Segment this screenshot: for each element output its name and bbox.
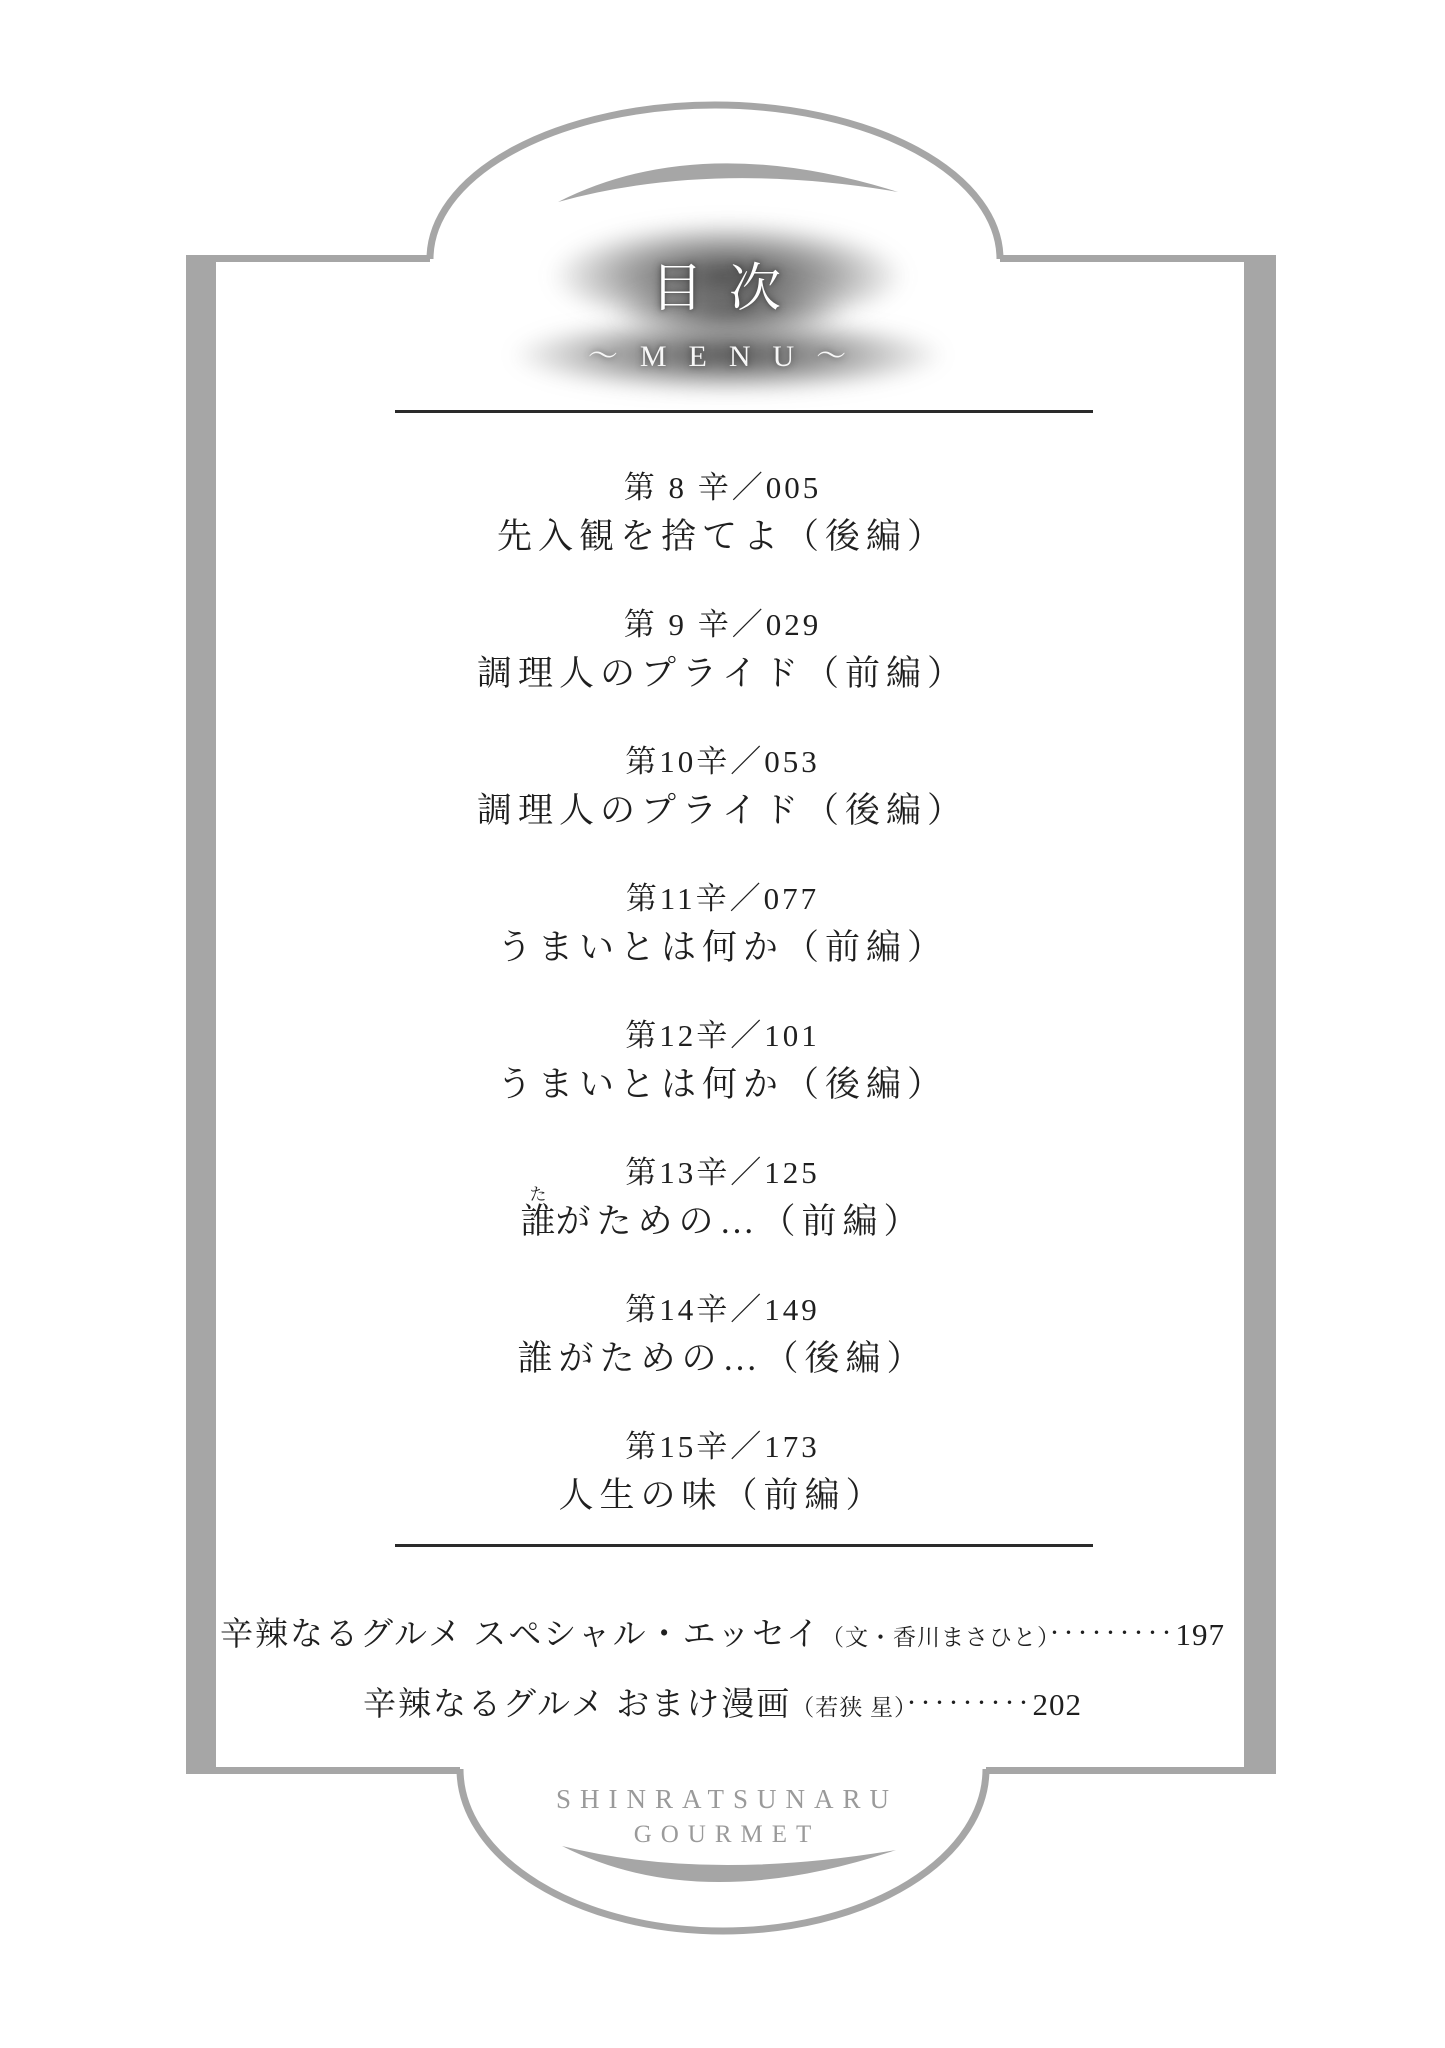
bottom-swoosh bbox=[562, 1846, 896, 1882]
top-swoosh bbox=[558, 163, 898, 202]
chapter-title-text: 調理人のプライド（後編） bbox=[477, 791, 968, 830]
extra-credit: （若狭 星） bbox=[791, 1695, 906, 1720]
extra-page-number: 197 bbox=[1175, 1617, 1225, 1652]
page-subtitle: ～MENU～ bbox=[0, 331, 1445, 375]
frame-bottom-line-right bbox=[986, 1767, 1276, 1774]
toc-entry-ch8: 第 8 辛／005 先入観を捨てよ（後編） bbox=[0, 470, 1445, 557]
chapter-title: た誰がための…（前編） bbox=[0, 1202, 1445, 1242]
bottom-divider-rule bbox=[395, 1544, 1093, 1547]
chapter-title-text: うまいとは何か（前編） bbox=[497, 928, 948, 967]
chapter-number: 第 9 辛／029 bbox=[0, 607, 1445, 643]
series-wordmark-line2: GOURMET bbox=[0, 1821, 1445, 1849]
chapter-title-text: 人生の味（前編） bbox=[558, 1476, 886, 1515]
ruby-base: た誰 bbox=[520, 1202, 555, 1242]
chapter-title: うまいとは何か（後編） bbox=[0, 1065, 1445, 1105]
chapter-title: 調理人のプライド（後編） bbox=[0, 791, 1445, 831]
toc-entry-ch15: 第15辛／173 人生の味（前編） bbox=[0, 1429, 1445, 1516]
toc-entry-ch9: 第 9 辛／029 調理人のプライド（前編） bbox=[0, 607, 1445, 694]
toc-entry-bonus-manga: 辛辣なるグルメ おまけ漫画（若狭 星）·········202 bbox=[0, 1678, 1445, 1725]
toc-entry-ch14: 第14辛／149 誰がための…（後編） bbox=[0, 1292, 1445, 1379]
chapter-number: 第14辛／149 bbox=[0, 1292, 1445, 1328]
chapter-title: 先入観を捨てよ（後編） bbox=[0, 517, 1445, 557]
chapter-title-text: がための…（前編） bbox=[556, 1202, 925, 1241]
chapter-title-text: 先入観を捨てよ（後編） bbox=[497, 517, 948, 556]
ruby-reading: た bbox=[529, 1185, 546, 1205]
chapter-title: 人生の味（前編） bbox=[0, 1476, 1445, 1516]
chapter-number: 第13辛／125 bbox=[0, 1155, 1445, 1191]
toc-entry-ch13: 第13辛／125 た誰がための…（前編） bbox=[0, 1155, 1445, 1242]
toc-entry-ch10: 第10辛／053 調理人のプライド（後編） bbox=[0, 744, 1445, 831]
extra-credit: （文・香川まさひと） bbox=[821, 1625, 1050, 1650]
chapter-number: 第15辛／173 bbox=[0, 1429, 1445, 1465]
ruby-base-char: 誰 bbox=[520, 1202, 555, 1241]
chapter-title: 誰がための…（後編） bbox=[0, 1339, 1445, 1379]
extra-label: 辛辣なるグルメ おまけ漫画 bbox=[363, 1687, 791, 1723]
leader-dots: ········· bbox=[907, 1686, 1033, 1719]
extra-page-number: 202 bbox=[1032, 1687, 1082, 1722]
leader-dots: ········· bbox=[1050, 1616, 1176, 1649]
chapter-title: うまいとは何か（前編） bbox=[0, 928, 1445, 968]
series-wordmark: SHINRATSUNARU GOURMET bbox=[0, 1784, 1445, 1849]
page-title: 目次 bbox=[0, 246, 1445, 321]
chapter-number: 第10辛／053 bbox=[0, 744, 1445, 780]
chapter-number: 第11辛／077 bbox=[0, 881, 1445, 917]
chapter-title-text: うまいとは何か（後編） bbox=[497, 1065, 948, 1104]
top-divider-rule bbox=[395, 410, 1093, 413]
toc-entry-ch12: 第12辛／101 うまいとは何か（後編） bbox=[0, 1018, 1445, 1105]
chapter-title-text: 調理人のプライド（前編） bbox=[477, 654, 968, 693]
chapter-number: 第 8 辛／005 bbox=[0, 470, 1445, 506]
toc-entry-ch11: 第11辛／077 うまいとは何か（前編） bbox=[0, 881, 1445, 968]
frame-bottom-line-left bbox=[186, 1767, 460, 1774]
toc-entry-special-essay: 辛辣なるグルメ スペシャル・エッセイ（文・香川まさひと）·········197 bbox=[0, 1608, 1445, 1655]
chapter-title-text: 誰がための…（後編） bbox=[517, 1339, 927, 1378]
toc-page: 目次 ～MENU～ 第 8 辛／005 先入観を捨てよ（後編） 第 9 辛／02… bbox=[0, 0, 1445, 2048]
extra-label: 辛辣なるグルメ スペシャル・エッセイ bbox=[220, 1617, 821, 1653]
chapter-title: 調理人のプライド（前編） bbox=[0, 654, 1445, 694]
chapter-number: 第12辛／101 bbox=[0, 1018, 1445, 1054]
series-wordmark-line1: SHINRATSUNARU bbox=[0, 1784, 1445, 1815]
